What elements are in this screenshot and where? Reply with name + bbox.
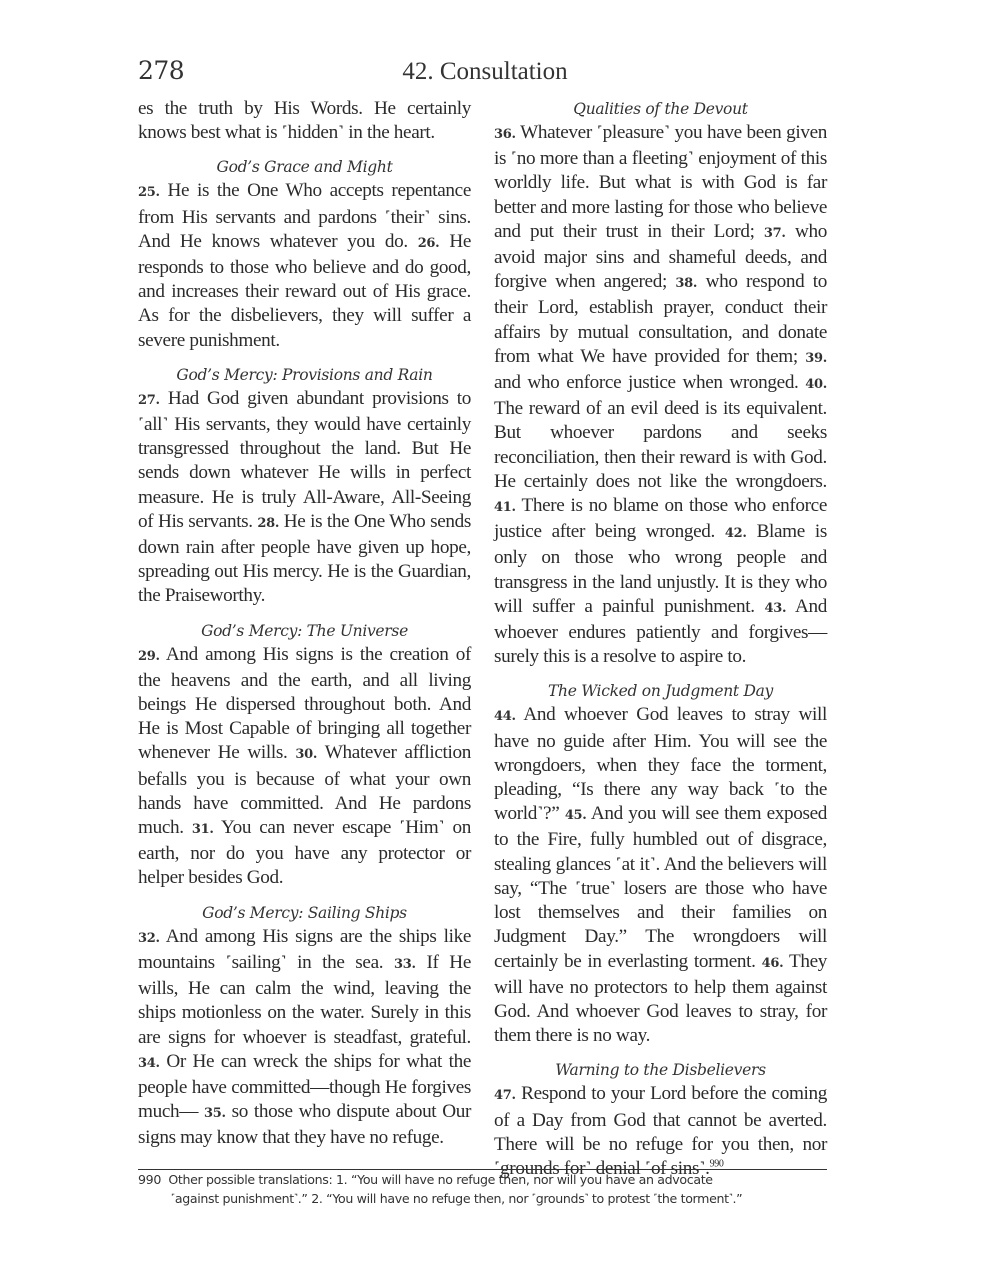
verse-number: 41. <box>494 500 516 515</box>
verse-paragraph: 32. And among His signs are the ships li… <box>138 925 471 1151</box>
verse-text: Respond to your Lord before the coming o… <box>494 1083 827 1179</box>
verse-text: and who enforce justice when wronged. <box>494 372 805 393</box>
verse-number: 38. <box>675 276 697 291</box>
verse-text: Whatever ˹pleasure˺ you have been given … <box>494 122 827 242</box>
verse-paragraph: 25. He is the One Who accepts repentance… <box>138 179 471 352</box>
footnote-number: 990 <box>138 1172 161 1187</box>
verse-text: And you will see them exposed to the Fir… <box>494 803 827 971</box>
section-heading: God’s Grace and Might <box>138 155 471 179</box>
verse-number: 47. <box>494 1088 516 1103</box>
verse-number: 29. <box>138 649 160 664</box>
section-heading: Qualities of the Devout <box>494 97 827 121</box>
verse-paragraph: 36. Whatever ˹pleasure˺ you have been gi… <box>494 121 827 669</box>
verse-number: 31. <box>192 822 214 837</box>
verse-number: 26. <box>418 236 440 251</box>
verse-number: 42. <box>725 526 747 541</box>
section-heading: God’s Mercy: Sailing Ships <box>138 901 471 925</box>
section-heading: God’s Mercy: Provisions and Rain <box>138 363 471 387</box>
chapter-title: 42. Consultation <box>380 58 590 86</box>
verse-paragraph: 47. Respond to your Lord before the comi… <box>494 1082 827 1181</box>
verse-number: 27. <box>138 393 160 408</box>
footnote-text-line1: Other possible translations: 1. “You wil… <box>168 1172 712 1187</box>
verse-number: 33. <box>394 957 416 972</box>
footnote: 990 Other possible translations: 1. “You… <box>138 1170 838 1208</box>
verse-number: 43. <box>765 601 787 616</box>
verse-number: 45. <box>565 808 587 823</box>
section-heading: God’s Mercy: The Universe <box>138 619 471 643</box>
verse-number: 39. <box>805 351 827 366</box>
verse-number: 36. <box>494 127 516 142</box>
verse-number: 28. <box>257 516 279 531</box>
verse-number: 46. <box>762 956 784 971</box>
verse-number: 37. <box>764 226 786 241</box>
verse-number: 34. <box>138 1056 160 1071</box>
verse-paragraph: 29. And among His signs is the creation … <box>138 643 471 891</box>
verse-number: 30. <box>295 747 317 762</box>
verse-number: 32. <box>138 931 160 946</box>
continued-paragraph: es the truth by His Words. He certainly … <box>138 97 471 145</box>
verse-text: The reward of an evil deed is its equiva… <box>494 398 827 492</box>
verse-number: 25. <box>138 185 160 200</box>
section-heading: The Wicked on Judgment Day <box>494 679 827 703</box>
verse-number: 35. <box>204 1106 226 1121</box>
footnote-text-line2: ˹against punishment˺.” 2. “You will have… <box>138 1189 838 1208</box>
right-column: Qualities of the Devout 36. Whatever ˹pl… <box>494 97 827 1181</box>
verse-paragraph: 27. Had God given abundant provisions to… <box>138 387 471 609</box>
footnote-reference[interactable]: 990 <box>710 1159 724 1170</box>
book-page: 278 42. Consultation es the truth by His… <box>0 0 989 1280</box>
verse-number: 44. <box>494 709 516 724</box>
section-heading: Warning to the Disbelievers <box>494 1058 827 1082</box>
verse-paragraph: 44. And whoever God leaves to stray will… <box>494 703 827 1048</box>
left-column: es the truth by His Words. He certainly … <box>138 97 471 1151</box>
page-number: 278 <box>138 56 184 85</box>
verse-number: 40. <box>805 377 827 392</box>
